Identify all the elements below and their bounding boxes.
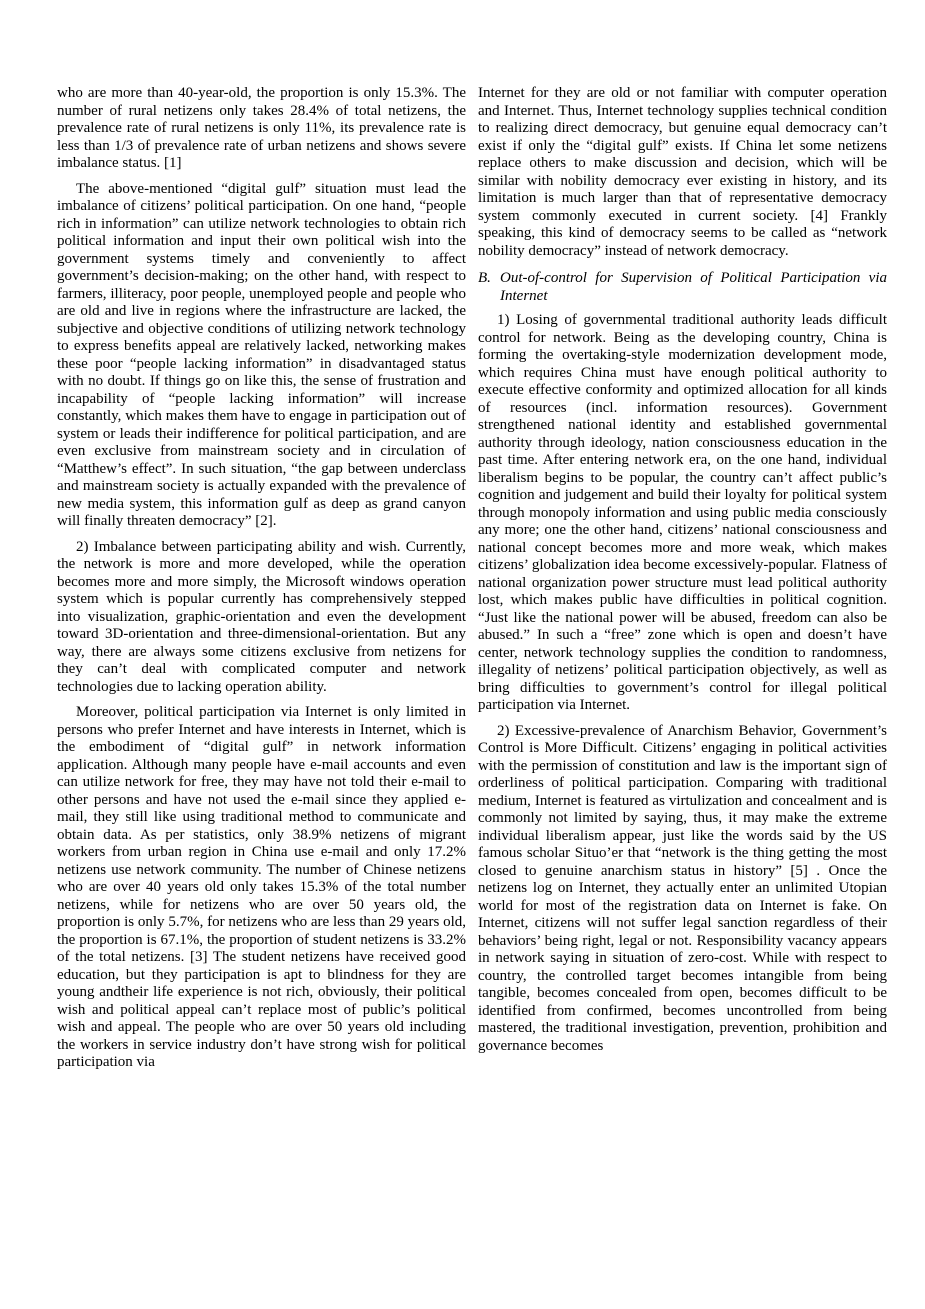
paper-page: who are more than 40-year-old, the propo… — [0, 0, 925, 1309]
paragraph: Moreover, political participation via In… — [57, 704, 466, 1072]
left-column: who are more than 40-year-old, the propo… — [57, 85, 466, 1080]
section-heading-title: Out-of-control for Supervision of Politi… — [500, 270, 887, 304]
paragraph: The above-mentioned “digital gulf” situa… — [57, 181, 466, 531]
section-heading: B. Out-of-control for Supervision of Pol… — [478, 270, 887, 305]
paragraph-numbered-item: 1) Losing of governmental traditional au… — [478, 312, 887, 715]
paragraph-numbered-item: 2) Excessive-prevalence of Anarchism Beh… — [478, 723, 887, 1056]
paragraph-numbered-item: 2) Imbalance between participating abili… — [57, 539, 466, 697]
right-column: Internet for they are old or not familia… — [478, 85, 887, 1063]
section-heading-label: B. — [478, 270, 491, 288]
paragraph-continuation: Internet for they are old or not familia… — [478, 85, 887, 260]
paragraph-continuation: who are more than 40-year-old, the propo… — [57, 85, 466, 173]
